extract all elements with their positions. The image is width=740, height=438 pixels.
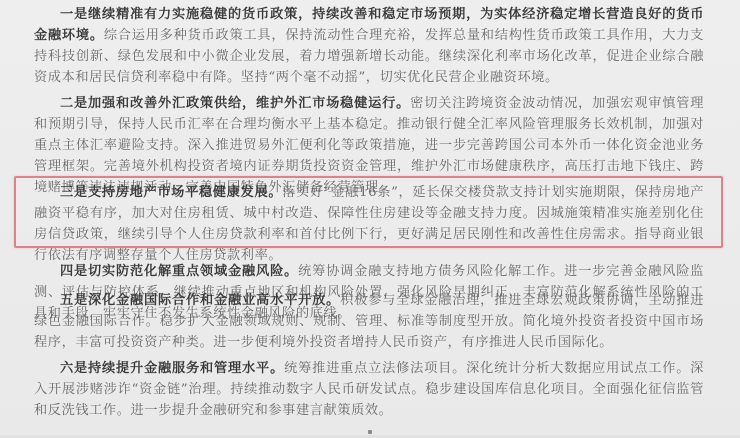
paragraph-monetary-policy: 一是继续精准有力实施稳健的货币政策，持续改善和稳定市场预期，为实体经济稳定增长营… xyxy=(34,4,704,88)
document-page: 一是继续精准有力实施稳健的货币政策，持续改善和稳定市场预期，为实体经济稳定增长营… xyxy=(0,0,740,438)
paragraph-body: 综合运用多种货币政策工具，保持流动性合理充裕，发挥总量和结构性货币政策工具作用，… xyxy=(34,28,704,85)
paragraph-heading: 三是支持房地产市场平稳健康发展。 xyxy=(60,185,282,200)
paragraph-international-cooperation: 五是深化金融国际合作和金融业高水平开放。积极参与全球金融治理，推进全球宏观政策协… xyxy=(34,290,704,353)
paragraph-heading: 五是深化金融国际合作和金融业高水平开放。 xyxy=(60,293,340,308)
paragraph-heading: 六是持续提升金融服务和管理水平。 xyxy=(60,361,284,376)
paragraph-heading: 二是加强和改善外汇政策供给，维护外汇市场稳健运行。 xyxy=(60,96,410,111)
paragraph-financial-services: 六是持续提升金融服务和管理水平。统筹推进重点立法修法项目。深化统计分析大数据应用… xyxy=(34,358,704,421)
page-marker-dot xyxy=(368,430,372,434)
paragraph-heading: 四是切实防范化解重点领域金融风险。 xyxy=(60,264,298,279)
paragraph-real-estate: 三是支持房地产市场平稳健康发展。落实好“金融16条”，延长保交楼贷款支持计划实施… xyxy=(34,182,704,266)
